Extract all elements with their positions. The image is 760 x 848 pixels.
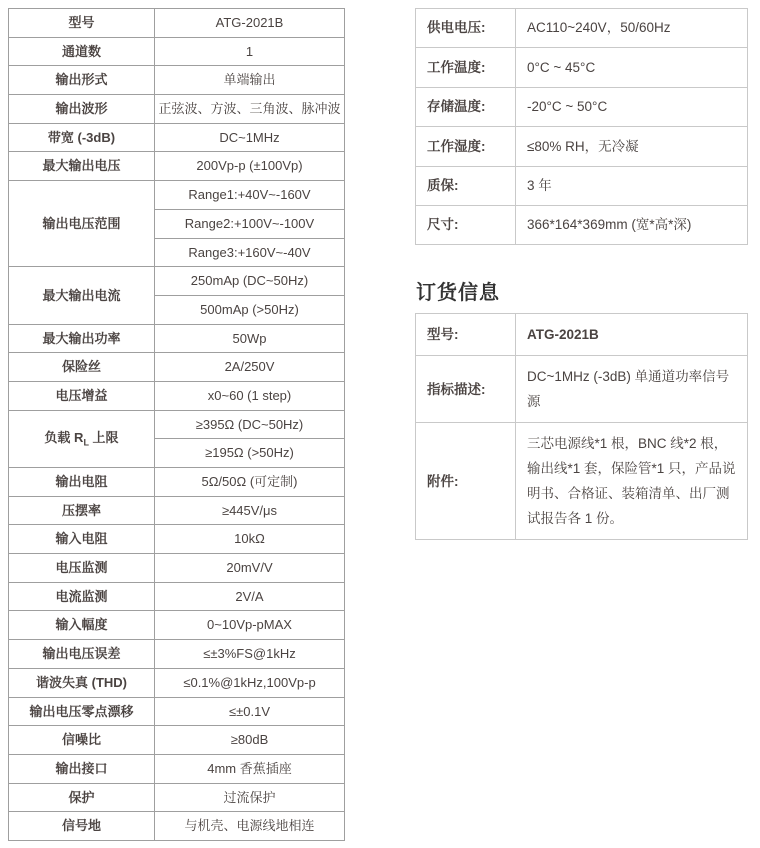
table-row: 保险丝 2A/250V xyxy=(9,353,345,382)
env-label: 尺寸: xyxy=(416,205,516,244)
order-model-value: ATG-2021B xyxy=(516,314,748,356)
table-row: 质保: 3 年 xyxy=(416,166,748,205)
env-label: 质保: xyxy=(416,166,516,205)
table-row: 存储温度: -20°C ~ 50°C xyxy=(416,87,748,126)
table-row: 通道数 1 xyxy=(9,37,345,66)
order-label: 指标描述: xyxy=(416,356,516,423)
env-label: 存储温度: xyxy=(416,87,516,126)
spec-label: 电压监测 xyxy=(9,554,155,583)
spec-label: 最大输出功率 xyxy=(9,324,155,353)
spec-value: 4mm 香蕉插座 xyxy=(155,754,345,783)
spec-value: ≤0.1%@1kHz,100Vp-p xyxy=(155,668,345,697)
spec-label: 负载 RL 上限 xyxy=(9,410,155,467)
table-row: 压摆率 ≥445V/μs xyxy=(9,496,345,525)
env-value: -20°C ~ 50°C xyxy=(516,87,748,126)
spec-label: 输出电压误差 xyxy=(9,640,155,669)
spec-value: 250mAp (DC~50Hz) xyxy=(155,267,345,296)
table-row: 输出电压范围 Range1:+40V~-160V xyxy=(9,181,345,210)
order-info-table: 型号: ATG-2021B 指标描述: DC~1MHz (-3dB) 单通道功率… xyxy=(415,313,748,540)
spec-value: 2A/250V xyxy=(155,353,345,382)
load-label-prefix: 负载 R xyxy=(44,430,83,445)
table-row: 输出接口 4mm 香蕉插座 xyxy=(9,754,345,783)
spec-value: ≥80dB xyxy=(155,726,345,755)
spec-value: 单端输出 xyxy=(155,66,345,95)
order-label: 附件: xyxy=(416,423,516,540)
spec-label: 输出形式 xyxy=(9,66,155,95)
spec-label: 信号地 xyxy=(9,812,155,841)
spec-label: 压摆率 xyxy=(9,496,155,525)
spec-label: 输入电阻 xyxy=(9,525,155,554)
table-row: 信号地 与机壳、电源线地相连 xyxy=(9,812,345,841)
spec-label: 输出波形 xyxy=(9,95,155,124)
spec-value: 5Ω/50Ω (可定制) xyxy=(155,468,345,497)
order-info-heading: 订货信息 xyxy=(416,276,500,305)
spec-value: 过流保护 xyxy=(155,783,345,812)
spec-value: ≥195Ω (>50Hz) xyxy=(155,439,345,468)
environment-table: 供电电压: AC110~240V，50/60Hz 工作温度: 0°C ~ 45°… xyxy=(415,8,748,245)
table-row: 输出形式 单端输出 xyxy=(9,66,345,95)
table-row: 型号 ATG-2021B xyxy=(9,9,345,38)
env-label: 供电电压: xyxy=(416,9,516,48)
spec-value: Range1:+40V~-160V xyxy=(155,181,345,210)
order-description-value: DC~1MHz (-3dB) 单通道功率信号源 xyxy=(516,356,748,423)
table-row: 电压增益 x0~60 (1 step) xyxy=(9,381,345,410)
spec-label: 带宽 (-3dB) xyxy=(9,123,155,152)
spec-value: 500mAp (>50Hz) xyxy=(155,295,345,324)
table-row: 工作湿度: ≤80% RH，无冷凝 xyxy=(416,127,748,166)
env-value: AC110~240V，50/60Hz xyxy=(516,9,748,48)
table-row: 附件: 三芯电源线*1 根，BNC 线*2 根，输出线*1 套，保险管*1 只，… xyxy=(416,423,748,540)
spec-value: DC~1MHz xyxy=(155,123,345,152)
table-row: 信噪比 ≥80dB xyxy=(9,726,345,755)
spec-label: 型号 xyxy=(9,9,155,38)
spec-label: 输出电压范围 xyxy=(9,181,155,267)
spec-label: 谐波失真 (THD) xyxy=(9,668,155,697)
spec-label: 输出接口 xyxy=(9,754,155,783)
table-row: 输入幅度 0~10Vp-pMAX xyxy=(9,611,345,640)
spec-value: x0~60 (1 step) xyxy=(155,381,345,410)
table-row: 最大输出功率 50Wp xyxy=(9,324,345,353)
table-row: 谐波失真 (THD) ≤0.1%@1kHz,100Vp-p xyxy=(9,668,345,697)
spec-value: 2V/A xyxy=(155,582,345,611)
spec-value: 50Wp xyxy=(155,324,345,353)
spec-value: 10kΩ xyxy=(155,525,345,554)
order-accessories-value: 三芯电源线*1 根，BNC 线*2 根，输出线*1 套，保险管*1 只，产品说明… xyxy=(516,423,748,540)
table-row: 输入电阻 10kΩ xyxy=(9,525,345,554)
table-row: 负载 RL 上限 ≥395Ω (DC~50Hz) xyxy=(9,410,345,439)
env-value: 3 年 xyxy=(516,166,748,205)
table-row: 输出电阻 5Ω/50Ω (可定制) xyxy=(9,468,345,497)
spec-label: 信噪比 xyxy=(9,726,155,755)
env-label: 工作温度: xyxy=(416,48,516,87)
table-row: 型号: ATG-2021B xyxy=(416,314,748,356)
table-row: 输出电压零点漂移 ≤±0.1V xyxy=(9,697,345,726)
table-row: 最大输出电流 250mAp (DC~50Hz) xyxy=(9,267,345,296)
spec-label: 通道数 xyxy=(9,37,155,66)
spec-label: 输出电阻 xyxy=(9,468,155,497)
order-label: 型号: xyxy=(416,314,516,356)
spec-table: 型号 ATG-2021B 通道数 1 输出形式 单端输出 输出波形 正弦波、方波… xyxy=(8,8,345,841)
spec-value: 1 xyxy=(155,37,345,66)
spec-value: 200Vp-p (±100Vp) xyxy=(155,152,345,181)
spec-label: 电流监测 xyxy=(9,582,155,611)
spec-value: ≥445V/μs xyxy=(155,496,345,525)
table-row: 输出电压误差 ≤±3%FS@1kHz xyxy=(9,640,345,669)
spec-label: 最大输出电压 xyxy=(9,152,155,181)
env-value: 366*164*369mm (宽*高*深) xyxy=(516,205,748,244)
load-label-suffix: 上限 xyxy=(89,430,119,445)
spec-label: 输出电压零点漂移 xyxy=(9,697,155,726)
env-label: 工作湿度: xyxy=(416,127,516,166)
table-row: 保护 过流保护 xyxy=(9,783,345,812)
table-row: 指标描述: DC~1MHz (-3dB) 单通道功率信号源 xyxy=(416,356,748,423)
table-row: 尺寸: 366*164*369mm (宽*高*深) xyxy=(416,205,748,244)
spec-label: 保险丝 xyxy=(9,353,155,382)
table-row: 供电电压: AC110~240V，50/60Hz xyxy=(416,9,748,48)
table-row: 电流监测 2V/A xyxy=(9,582,345,611)
spec-value: ≤±0.1V xyxy=(155,697,345,726)
page: { "colors": { "spec_table_border": "#9f9… xyxy=(0,0,760,848)
table-row: 最大输出电压 200Vp-p (±100Vp) xyxy=(9,152,345,181)
spec-label: 电压增益 xyxy=(9,381,155,410)
spec-value: ≤±3%FS@1kHz xyxy=(155,640,345,669)
spec-value: Range2:+100V~-100V xyxy=(155,209,345,238)
spec-value: 与机壳、电源线地相连 xyxy=(155,812,345,841)
spec-label: 输入幅度 xyxy=(9,611,155,640)
spec-value: ATG-2021B xyxy=(155,9,345,38)
table-row: 电压监测 20mV/V xyxy=(9,554,345,583)
env-value: ≤80% RH，无冷凝 xyxy=(516,127,748,166)
env-value: 0°C ~ 45°C xyxy=(516,48,748,87)
spec-label: 保护 xyxy=(9,783,155,812)
spec-value: Range3:+160V~-40V xyxy=(155,238,345,267)
spec-label: 最大输出电流 xyxy=(9,267,155,324)
table-row: 带宽 (-3dB) DC~1MHz xyxy=(9,123,345,152)
table-row: 工作温度: 0°C ~ 45°C xyxy=(416,48,748,87)
spec-value: 正弦波、方波、三角波、脉冲波 xyxy=(155,95,345,124)
spec-value: 0~10Vp-pMAX xyxy=(155,611,345,640)
spec-value: 20mV/V xyxy=(155,554,345,583)
table-row: 输出波形 正弦波、方波、三角波、脉冲波 xyxy=(9,95,345,124)
spec-value: ≥395Ω (DC~50Hz) xyxy=(155,410,345,439)
